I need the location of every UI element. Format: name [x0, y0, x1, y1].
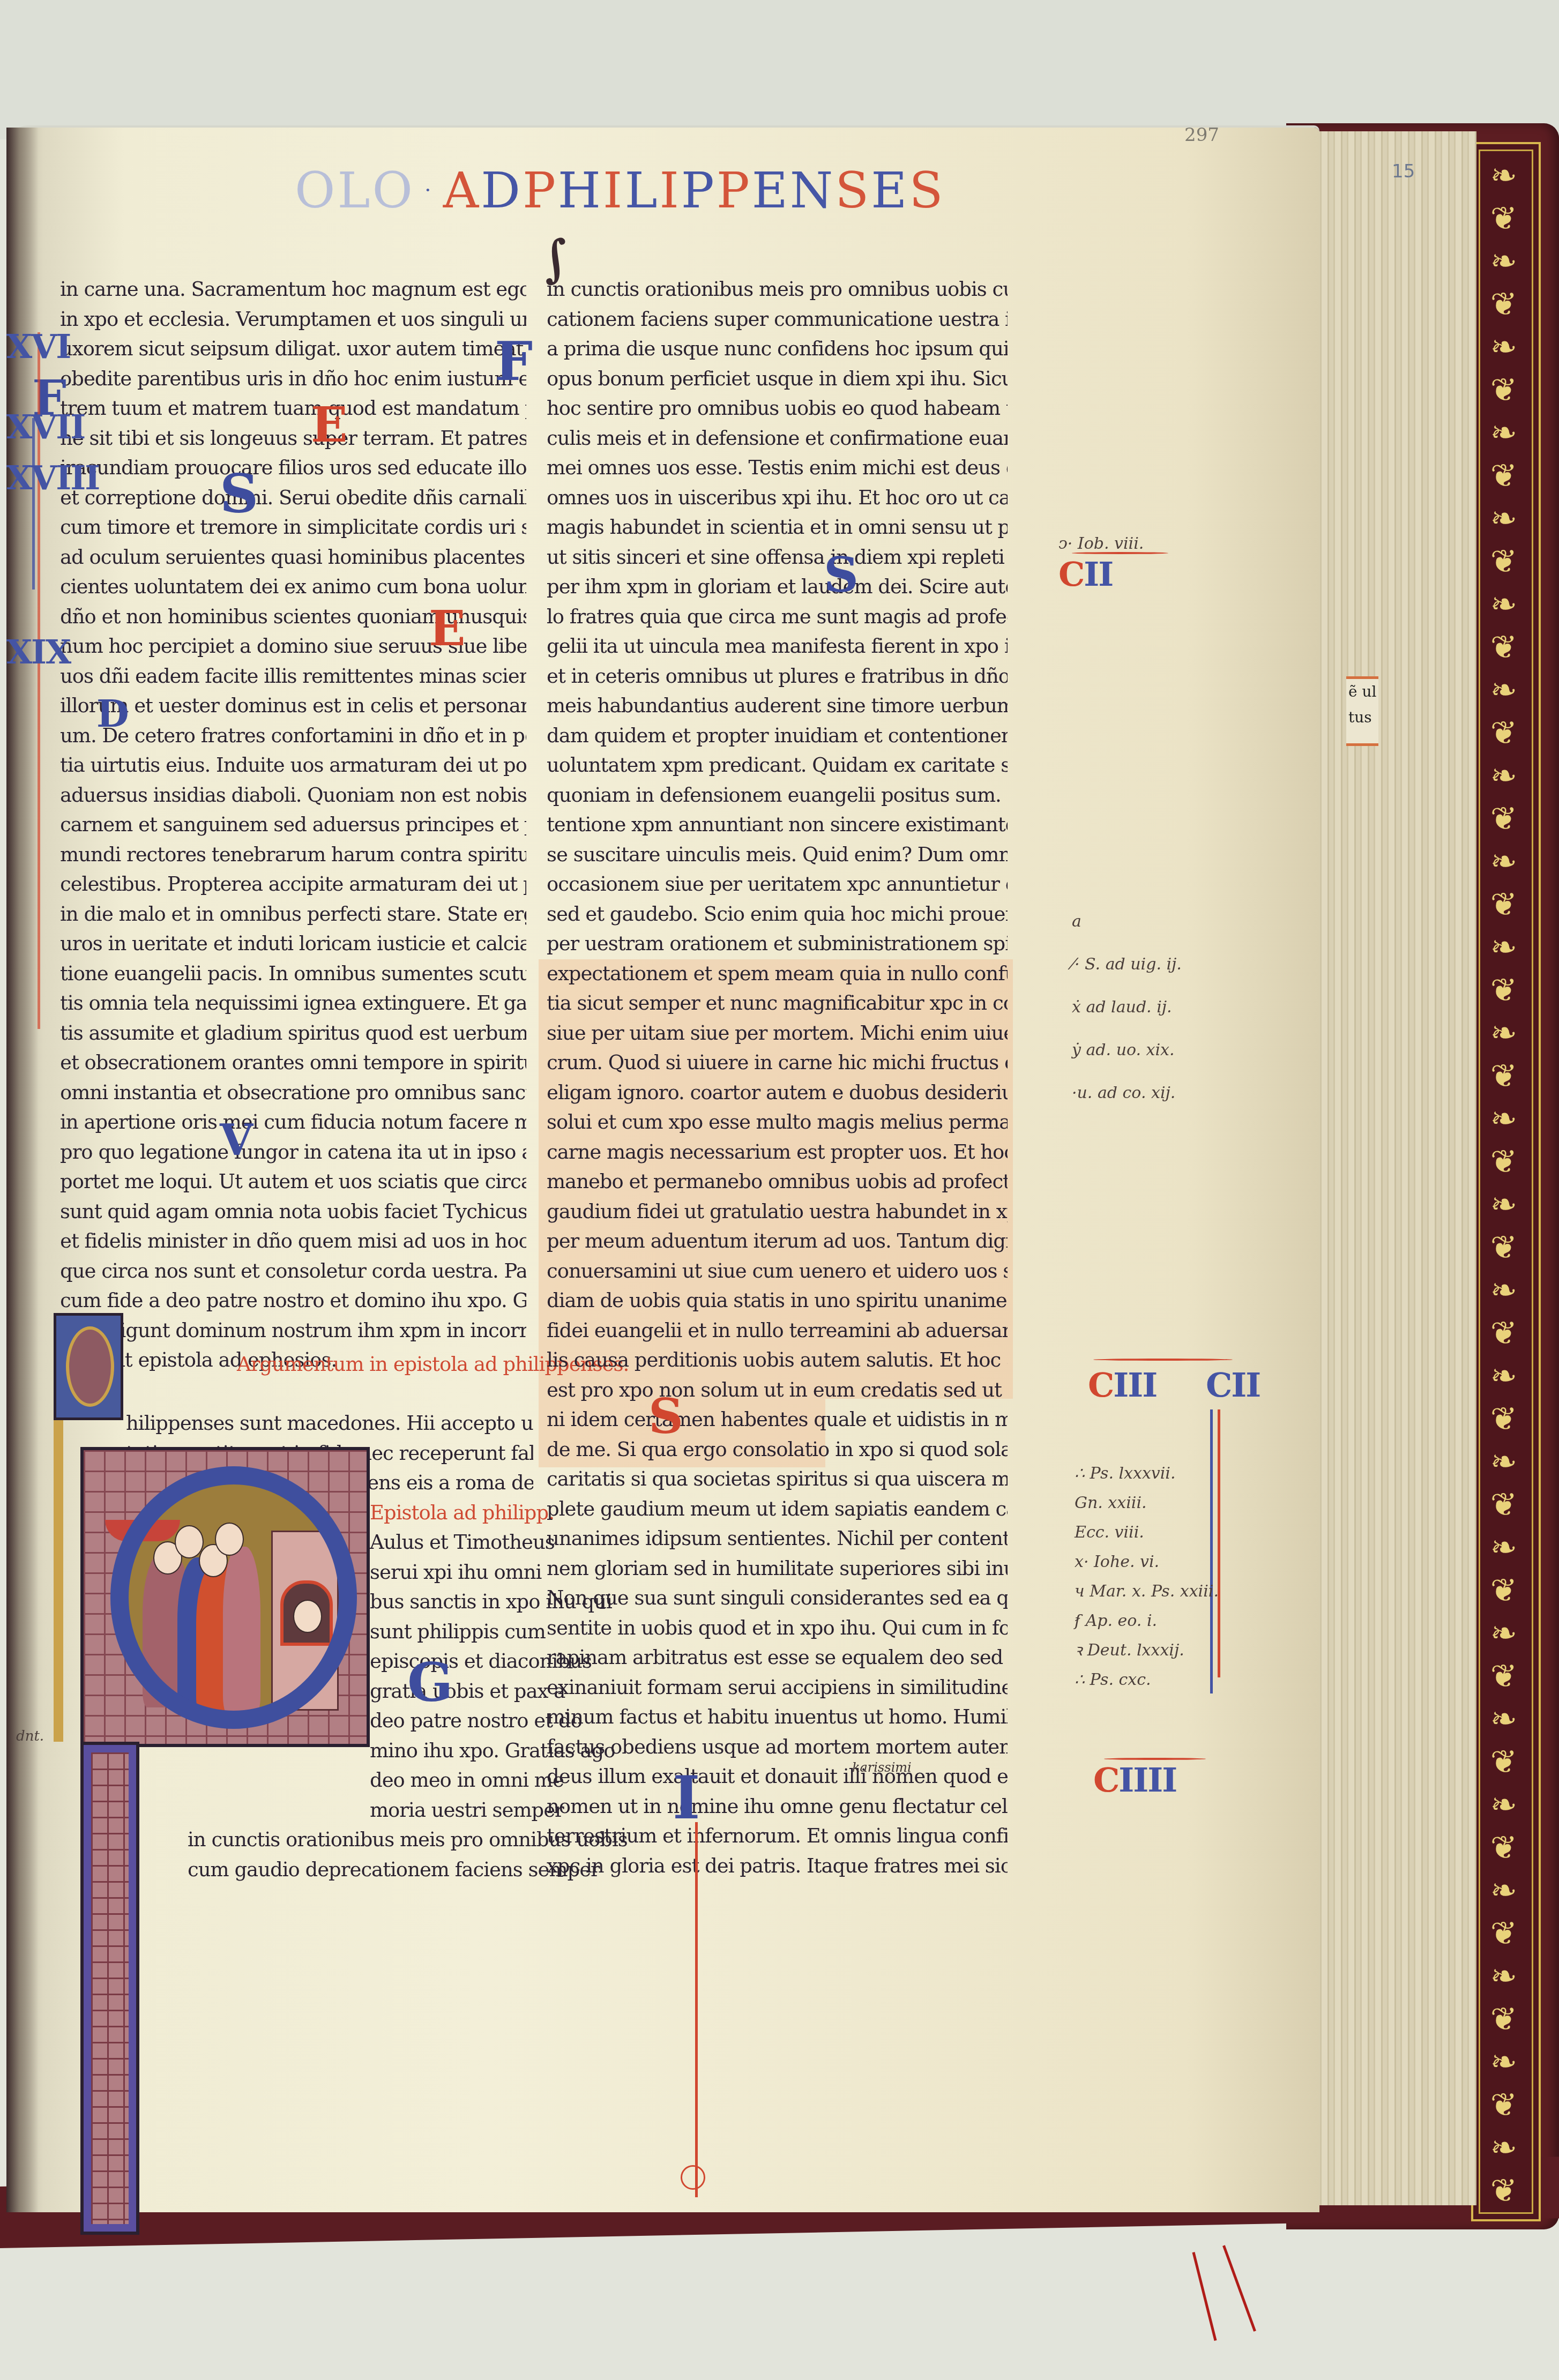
text-line: Non que sua sunt singuli considerantes s…: [547, 1583, 1008, 1613]
text-line: que circa nos sunt et consoletur corda u…: [60, 1256, 526, 1286]
header-letter: H: [558, 162, 603, 219]
text-line: nomen ut in nomine ihu omne genu flectat…: [547, 1792, 1008, 1822]
initial-s-blue: S: [824, 547, 859, 603]
text-line: se suscitare uinculis meis. Quid enim? D…: [547, 840, 1008, 870]
background-top: [0, 0, 1559, 139]
text-line: obedite parentibus uris in dño hoc enim …: [60, 364, 526, 394]
chapter-marker-flourish: [1093, 1359, 1233, 1361]
gilt-scroll-ornament-icon: ❦: [1483, 1913, 1525, 1954]
text-line: gelii ita ut uincula mea manifesta fiere…: [547, 631, 1008, 661]
initial-e-red: E: [429, 600, 466, 657]
chapter-marker-iiii: CIIII: [1093, 1760, 1176, 1800]
gilt-scroll-ornament-icon: ❧: [1483, 1184, 1525, 1226]
initial-d-blue: D: [96, 691, 129, 736]
gilt-scroll-ornament-icon: ❧: [1483, 841, 1525, 883]
header-separator: ·: [424, 178, 434, 203]
header-letter: P: [717, 162, 752, 219]
background-bottom: [0, 2224, 1559, 2380]
text-line: in carne una. Sacramentum hoc magnum est…: [60, 274, 526, 304]
folio-number: 297: [1184, 124, 1219, 146]
text-line: per ihm xpm in gloriam et laudem dei. Sc…: [547, 572, 1008, 602]
margin-concordance-note: ·u. ad co. xij.: [1072, 1083, 1175, 1104]
text-line: crum. Quod si uiuere in carne hic michi …: [547, 1048, 1008, 1078]
header-letter: S: [909, 162, 945, 219]
gilt-scroll-ornament-icon: ❧: [1483, 1527, 1525, 1569]
chapter-number-19: XIX: [6, 632, 70, 672]
text-line: ni idem certamen habentes quale et uidis…: [547, 1405, 1008, 1435]
pen-flourish-red-descender: [695, 1822, 698, 2197]
chapter-number-18: XVIII: [6, 458, 99, 497]
text-line: magis habundet in scientia et in omni se…: [547, 512, 1008, 542]
left-text-column: in carne una. Sacramentum hoc magnum est…: [60, 274, 526, 1375]
text-line: um. De cetero fratres confortamini in dñ…: [60, 721, 526, 751]
gilt-scroll-ornament-icon: ❧: [1483, 584, 1525, 625]
header-letter: I: [659, 162, 681, 219]
text-line: celestibus. Propterea accipite armaturam…: [60, 869, 526, 899]
chapter-marker-iii: CIII: [1088, 1366, 1157, 1405]
text-line: culis meis et in defensione et confirmat…: [547, 423, 1008, 453]
gilt-tooled-border: ❧❦❧❦❧❦❧❦❧❦❧❦❧❦❧❦❧❦❧❦❧❦❧❦❧❦❧❦❧❦❧❦❧❦❧❦❧❦❧❦…: [1471, 142, 1541, 2221]
gilt-scroll-ornament-icon: ❧: [1483, 155, 1525, 197]
tab-text-line: ẽ ul: [1346, 679, 1378, 705]
text-line: caritatis si qua societas spiritus si qu…: [547, 1464, 1008, 1494]
fore-edge-page-stack: [1316, 131, 1476, 2205]
text-line: et correptione domini. Serui obedite dñi…: [60, 483, 526, 513]
gilt-scroll-ornament-icon: ❧: [1483, 2127, 1525, 2169]
protruding-leaf-tab: ẽ ul tus: [1346, 676, 1378, 746]
text-line: in die malo et in omnibus perfecti stare…: [60, 899, 526, 929]
margin-concordance-note: ↄ· Iob. viii.: [1058, 533, 1144, 555]
text-line: quoniam in defensionem euangelii positus…: [547, 780, 1008, 810]
gilt-scroll-ornament-icon: ❦: [1483, 1655, 1525, 1697]
text-line: mei omnes uos esse. Testis enim michi es…: [547, 453, 1008, 483]
chapter-marker-ii: CII: [1058, 555, 1113, 594]
text-line: et obsecrationem orantes omni tempore in…: [60, 1048, 526, 1078]
pen-flourish-curl: [681, 2165, 705, 2190]
gilt-scroll-ornament-icon: ❦: [1483, 2084, 1525, 2126]
gilt-scroll-ornament-icon: ❦: [1483, 369, 1525, 411]
text-line: uros in ueritate et induti loricam iusti…: [60, 929, 526, 959]
text-line: meis habundantius auderent sine timore u…: [547, 691, 1008, 721]
gilt-scroll-ornament-icon: ❦: [1483, 2170, 1525, 2212]
text-line: unanimes idipsum sentientes. Nichil per …: [547, 1524, 1008, 1554]
gilt-scroll-ornament-icon: ❧: [1483, 2041, 1525, 2083]
gilt-scroll-ornament-icon: ❦: [1483, 626, 1525, 668]
text-line: et in ceteris omnibus ut plures e fratri…: [547, 661, 1008, 691]
text-line: ut sitis sinceri et sine offensa in diem…: [547, 542, 1008, 572]
gilt-scroll-ornament-icon: ❧: [1483, 1098, 1525, 1140]
text-line: per uestram orationem et subministration…: [547, 929, 1008, 959]
running-header: OLO · ADPHILIPPENSES: [295, 161, 945, 220]
left-margin-note: dnt.: [16, 1726, 44, 1747]
gilt-scroll-ornament-icon: ❧: [1483, 326, 1525, 368]
text-line: tis assumite et gladium spiritus quod es…: [60, 1018, 526, 1048]
text-line: hilippenses sunt macedones. Hii accepto …: [126, 1408, 533, 1438]
text-line: omni instantia et obsecratione pro omnib…: [60, 1078, 526, 1108]
gilt-scroll-ornament-icon: ❦: [1483, 1484, 1525, 1526]
text-line: minum factus et habitu inuentus ut homo.…: [547, 1702, 1008, 1732]
gilt-scroll-ornament-icon: ❦: [1483, 1741, 1525, 1783]
gilt-scroll-ornament-icon: ❦: [1483, 198, 1525, 240]
gilt-scroll-ornament-icon: ❦: [1483, 1398, 1525, 1440]
text-line: diam de uobis quia statis in uno spiritu…: [547, 1286, 1008, 1316]
margin-concordance-note: ẜ Ap. eo. i.: [1075, 1610, 1157, 1632]
pencil-foliation: 15: [1392, 161, 1415, 182]
header-letter: S: [835, 162, 871, 219]
gilt-scroll-ornament-icon: ❧: [1483, 669, 1525, 711]
margin-concordance-note: ẋ ad laud. ij.: [1072, 997, 1172, 1018]
gilt-scroll-ornament-icon: ❧: [1483, 1270, 1525, 1311]
marker-blue-descender: [1210, 1409, 1213, 1693]
historiated-initial-p: [80, 1447, 370, 1747]
margin-concordance-note: ∴ Ps. lxxxvii.: [1075, 1463, 1176, 1484]
initial-e-red: E: [311, 397, 348, 453]
gilt-scroll-ornament-icon: ❧: [1483, 498, 1525, 540]
text-line: manebo et permanebo omnibus uobis ad pro…: [547, 1167, 1008, 1197]
gilt-scroll-ornament-icon: ❧: [1483, 1613, 1525, 1654]
text-line: tentione xpm annuntiant non sincere exis…: [547, 810, 1008, 840]
gilt-scroll-ornament-icon: ❧: [1483, 1698, 1525, 1740]
margin-concordance-note: Gn. xxiii.: [1075, 1493, 1147, 1514]
chapter-number-17: XVII: [6, 407, 85, 446]
margin-concordance-note: a: [1072, 911, 1081, 932]
gilt-scroll-ornament-icon: ❦: [1483, 969, 1525, 1011]
text-line: nem gloriam sed in humilitate superiores…: [547, 1554, 1008, 1584]
gilt-scroll-ornament-icon: ❦: [1483, 541, 1525, 583]
text-line: solui et cum xpo esse multo magis melius…: [547, 1107, 1008, 1137]
text-line: uoluntatem xpm predicant. Quidam ex cari…: [547, 750, 1008, 780]
text-line: fidei euangelii et in nullo terreamini a…: [547, 1316, 1008, 1346]
gilt-scroll-ornament-icon: ❦: [1483, 1141, 1525, 1183]
margin-concordance-note: Ecc. viii.: [1075, 1522, 1144, 1543]
text-line: pro quo legatione fungor in catena ita u…: [60, 1137, 526, 1167]
header-letter: I: [603, 162, 624, 219]
text-line: uos dñi eadem facite illis remittentes m…: [60, 661, 526, 691]
text-line: lo fratres quia que circa me sunt magis …: [547, 602, 1008, 632]
header-showthrough: OLO: [295, 162, 415, 219]
chapter-number-16: XVI: [6, 327, 70, 366]
margin-concordance-note: ч Mar. x. Ps. xxiii.: [1075, 1581, 1219, 1602]
text-line: et fidelis minister in dño quem misi ad …: [60, 1226, 526, 1256]
header-letter: D: [481, 162, 523, 219]
text-line: in xpo et ecclesia. Verumptamen et uos s…: [60, 304, 526, 334]
text-line: plete gaudium meum ut idem sapiatis eand…: [547, 1494, 1008, 1524]
gilt-scroll-ornament-icon: ❦: [1483, 1055, 1525, 1097]
initial-s-red: S: [648, 1388, 683, 1445]
text-line: cientes uoluntatem dei ex animo cum bona…: [60, 572, 526, 602]
header-title: ADPHILIPPENSES: [443, 162, 945, 219]
text-line: tia uirtutis eius. Induite uos armaturam…: [60, 750, 526, 780]
chapter-marker-flourish: [1104, 1758, 1206, 1760]
text-line: deus illum exaltauit et donauit illi nom…: [547, 1762, 1008, 1792]
text-line: conuersamini ut siue cum uenero et uider…: [547, 1256, 1008, 1286]
text-line: cationem faciens super communicatione ue…: [547, 304, 1008, 334]
margin-concordance-note: ⁄· S. ad uig. ij.: [1072, 954, 1182, 975]
gilt-scroll-ornament-icon: ❦: [1483, 1998, 1525, 2040]
text-line: sunt quid agam omnia nota uobis faciet T…: [60, 1197, 526, 1227]
text-line: est pro xpo non solum ut in eum credatis…: [547, 1375, 1008, 1405]
text-line: exinaniuit formam serui accipiens in sim…: [547, 1673, 1008, 1703]
initial-p-bowl: [110, 1466, 357, 1729]
gilt-scroll-ornament-icon: ❦: [1483, 283, 1525, 325]
margin-concordance-note: x· Iohe. vi.: [1075, 1551, 1159, 1573]
right-text-column: in cunctis orationibus meis pro omnibus …: [547, 274, 1008, 1881]
text-line: expectationem et spem meam quia in nullo…: [547, 959, 1008, 989]
text-line: gaudium fidei ut gratulatio uestra habun…: [547, 1197, 1008, 1227]
text-line: carnem et sanguinem sed aduersus princip…: [60, 810, 526, 840]
text-line: de me. Si qua ergo consolatio in xpo si …: [547, 1435, 1008, 1465]
header-letter: E: [752, 162, 790, 219]
header-letter: P: [523, 162, 558, 219]
gilt-scroll-ornament-icon: ❦: [1483, 798, 1525, 840]
initial-g-blue: G: [407, 1651, 453, 1714]
text-line: in cunctis orationibus meis pro omnibus …: [547, 274, 1008, 304]
header-letter: L: [624, 162, 659, 219]
margin-concordance-note: ∴ Ps. cxc.: [1075, 1669, 1151, 1691]
text-line: hoc sentire pro omnibus uobis eo quod ha…: [547, 393, 1008, 423]
text-line: cum timore et tremore in simplicitate co…: [60, 512, 526, 542]
tab-text-line: tus: [1346, 705, 1378, 730]
chapter-marker-ii-b: CII: [1206, 1366, 1260, 1405]
initial-p-gold-stem: [54, 1420, 63, 1742]
gilt-scroll-ornament-icon: ❧: [1483, 1784, 1525, 1826]
text-line: illorum et uester dominus est in celis e…: [60, 691, 526, 721]
text-line: tia sicut semper et nunc magnificabitur …: [547, 988, 1008, 1018]
text-line: rapinam arbitratus est esse se equalem d…: [547, 1643, 1008, 1673]
header-letter: P: [681, 162, 717, 219]
text-line: qui diligunt dominum nostrum ihm xpm in …: [60, 1316, 526, 1346]
margin-concordance-note: ẏ ad. uo. xix.: [1072, 1040, 1175, 1061]
gilt-scroll-ornament-icon: ❧: [1483, 412, 1525, 454]
text-line: carne magis necessarium est propter uos.…: [547, 1137, 1008, 1167]
gilt-scroll-ornament-icon: ❧: [1483, 1870, 1525, 1912]
gilt-scroll-ornament-icon: ❧: [1483, 755, 1525, 797]
text-line: eligam ignoro. coartor autem e duobus de…: [547, 1078, 1008, 1108]
text-line: siue per uitam siue per mortem. Michi en…: [547, 1018, 1008, 1048]
gilt-scroll-ornament-icon: ❦: [1483, 884, 1525, 926]
gilt-scroll-ornament-icon: ❧: [1483, 1012, 1525, 1054]
text-line: mundi rectores tenebrarum harum contra s…: [60, 840, 526, 870]
initial-p-upper-block: [54, 1313, 123, 1420]
text-line: tis omnia tela nequissimi ignea extingue…: [60, 988, 526, 1018]
gilt-scroll-ornament-icon: ❧: [1483, 927, 1525, 968]
text-line: lis causa perditionis uobis autem saluti…: [547, 1345, 1008, 1375]
gilt-scroll-ornament-icon: ❦: [1483, 455, 1525, 497]
text-line: aduersus insidias diaboli. Quoniam non e…: [60, 780, 526, 810]
gilt-scroll-ornament-icon: ❦: [1483, 1227, 1525, 1269]
initial-p-stem: [80, 1742, 139, 2235]
text-line: in apertione oris mei cum fiducia notum …: [60, 1107, 526, 1137]
text-line: factus obediens usque ad mortem mortem a…: [547, 1732, 1008, 1762]
text-line: a prima die usque nunc confidens hoc ips…: [547, 334, 1008, 364]
initial-u-blue: V: [220, 1115, 253, 1165]
header-letter: E: [871, 162, 909, 219]
chapter-marker-flourish: [1072, 552, 1168, 554]
gilt-scroll-ornament-icon: ❧: [1483, 241, 1525, 282]
marker-red-descender: [1218, 1409, 1220, 1677]
text-line: iracundiam prouocare filios uros sed edu…: [60, 453, 526, 483]
text-line: trem tuum et matrem tuam quod est mandat…: [60, 393, 526, 423]
gilt-scroll-ornament-icon: ❧: [1483, 1956, 1525, 1997]
margin-concordance-note: ꝛ Deut. lxxxij.: [1075, 1640, 1184, 1661]
initial-f-blue: F: [495, 330, 533, 393]
text-line: opus bonum perficiet usque in diem xpi i…: [547, 364, 1008, 394]
text-line: terrestrium et infernorum. Et omnis ling…: [547, 1821, 1008, 1851]
interlinear-gloss: karissimi: [852, 1757, 912, 1778]
gilt-scroll-ornament-icon: ❦: [1483, 1570, 1525, 1611]
gilt-scroll-ornament-icon: ❦: [1483, 712, 1525, 754]
text-line: occasionem siue per ueritatem xpc annunt…: [547, 869, 1008, 899]
gilt-scroll-ornament-icon: ❧: [1483, 1441, 1525, 1483]
text-line: tione euangelii pacis. In omnibus sument…: [60, 959, 526, 989]
text-line: ad oculum seruientes quasi hominibus pla…: [60, 542, 526, 572]
text-line: sentite in uobis quod et in xpo ihu. Qui…: [547, 1613, 1008, 1643]
gilt-scroll-ornament-icon: ❦: [1483, 1312, 1525, 1354]
text-line: uxorem sicut seipsum diligat. uxor autem…: [60, 334, 526, 364]
header-letter: N: [790, 162, 836, 219]
text-line: portet me loqui. Ut autem et uos sciatis…: [60, 1167, 526, 1197]
epistle-title-rubric: Epistola ad philipp.: [370, 1498, 554, 1528]
gilt-scroll-ornament-icon: ❧: [1483, 1355, 1525, 1397]
initial-s-blue: S: [220, 462, 258, 525]
gilt-scroll-ornament-icon: ❦: [1483, 1827, 1525, 1869]
text-line: dam quidem et propter inuidiam et conten…: [547, 721, 1008, 751]
header-letter: A: [443, 162, 481, 219]
text-line: per meum aduentum iterum ad uos. Tantum …: [547, 1226, 1008, 1256]
text-line: xpc in gloria est dei patris. Itaque fra…: [547, 1851, 1008, 1881]
text-line: cum fide a deo patre nostro et domino ih…: [60, 1286, 526, 1316]
text-line: sed et gaudebo. Scio enim quia hoc michi…: [547, 899, 1008, 929]
text-line: omnes uos in uisceribus xpi ihu. Et hoc …: [547, 483, 1008, 513]
text-line: ne sit tibi et sis longeuus super terram…: [60, 423, 526, 453]
